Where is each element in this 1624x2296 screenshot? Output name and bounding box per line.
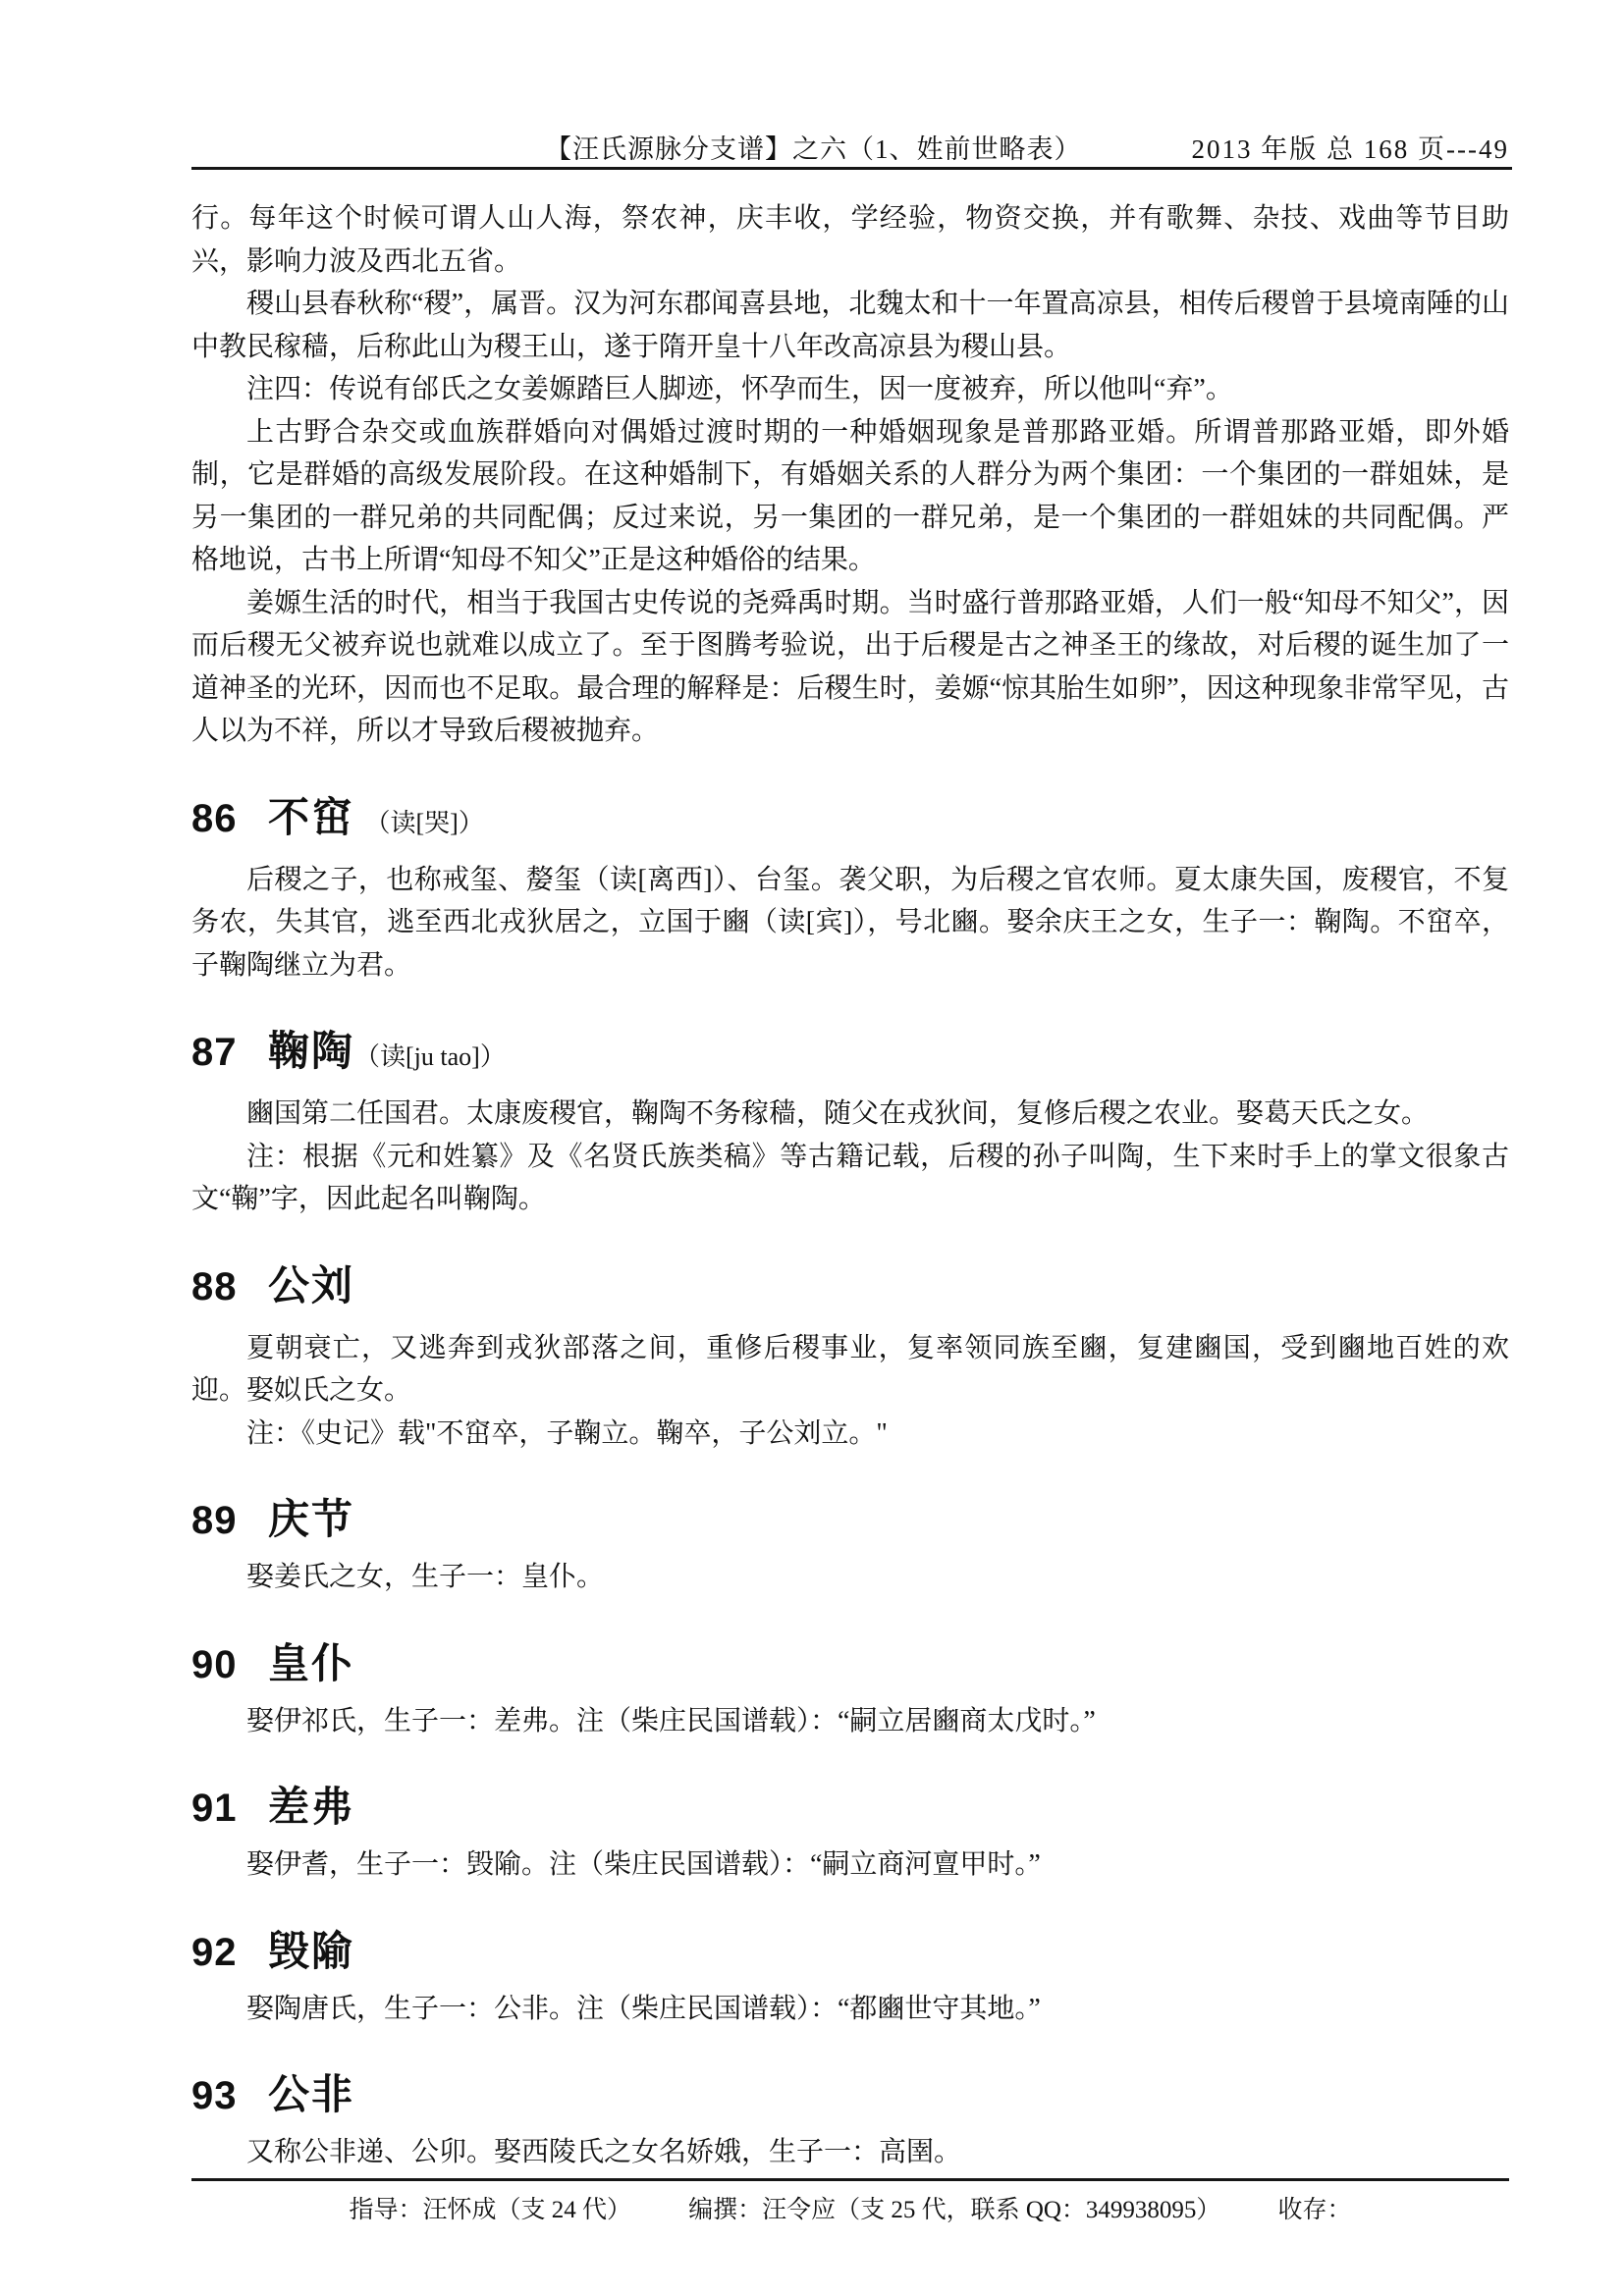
section-paragraph: 夏朝衰亡，又逃奔到戎狄部落之间，重修后稷事业，复率领同族至豳，复建豳国，受到豳地… (191, 1327, 1509, 1413)
header-rule (191, 167, 1512, 170)
section-title: 毁隃 (268, 1928, 354, 1974)
footer-director: 指导：汪怀成（支 24 代） (350, 2189, 632, 2232)
section-88: 88公刘 夏朝衰亡，又逃奔到戎狄部落之间，重修后稷事业，复率领同族至豳，复建豳国… (191, 1260, 1509, 1456)
intro-paragraph-continuation: 行。每年这个时候可谓人山人海，祭农神，庆丰收，学经验，物资交换，并有歌舞、杂技、… (191, 197, 1509, 283)
section-title: 皇仆 (268, 1640, 354, 1686)
intro-paragraph-note4: 注四：传说有邰氏之女姜嫄踏巨人脚迹，怀孕而生，因一度被弃，所以他叫“弃”。 (191, 368, 1509, 411)
section-title: 鞠陶 (268, 1028, 354, 1074)
section-paragraph: 娶陶唐氏，生子一：公非。注（柴庄民国谱载）：“都豳世守其地。” (191, 1988, 1509, 2031)
page-number: 2013 年版 总 168 页---49 (1192, 128, 1509, 166)
section-heading: 91差弗 (191, 1782, 1509, 1834)
section-heading: 89庆节 (191, 1494, 1509, 1546)
intro-paragraph: 姜嫄生活的时代，相当于我国古史传说的尧舜禹时期。当时盛行普那路亚婚，人们一般“知… (191, 582, 1509, 753)
section-paragraph: 后稷之子，也称戒玺、嫠玺（读[离西]）、台玺。袭父职，为后稷之官农师。夏太康失国… (191, 859, 1509, 988)
footer-editor: 编撰：汪令应（支 25 代，联系 QQ：349938095） (688, 2189, 1220, 2232)
section-heading: 92毁隃 (191, 1926, 1509, 1978)
section-89: 89庆节 娶姜氏之女，生子一：皇仆。 (191, 1494, 1509, 1599)
section-heading: 88公刘 (191, 1260, 1509, 1317)
section-number: 91 (191, 1783, 268, 1834)
footer-rule (191, 2178, 1509, 2181)
section-heading: 93公非 (191, 2069, 1509, 2121)
section-paragraph: 豳国第二任国君。太康废稷官，鞠陶不务稼穑，随父在戎狄间，复修后稷之农业。娶葛天氏… (191, 1093, 1509, 1136)
intro-paragraph: 上古野合杂交或血族群婚向对偶婚过渡时期的一种婚姻现象是普那路亚婚。所谓普那路亚婚… (191, 411, 1509, 582)
section-pronunciation: （读[哭]） (365, 809, 484, 837)
section-number: 93 (191, 2070, 268, 2121)
section-86: 86不窋 （读[哭]） 后稷之子，也称戒玺、嫠玺（读[离西]）、台玺。袭父职，为… (191, 792, 1509, 988)
section-heading: 87鞠陶（读[ju tao]） (191, 1026, 1509, 1083)
page-body: 行。每年这个时候可谓人山人海，祭农神，庆丰收，学经验，物资交换，并有歌舞、杂技、… (191, 197, 1509, 2231)
section-title: 差弗 (268, 1784, 354, 1830)
section-title: 庆节 (268, 1496, 354, 1542)
section-number: 92 (191, 1927, 268, 1978)
section-heading: 90皇仆 (191, 1638, 1509, 1690)
section-number: 89 (191, 1495, 268, 1546)
footer-keeper: 收存： (1277, 2189, 1351, 2232)
section-title: 不窋 (268, 794, 354, 840)
genealogy-page: 【汪氏源脉分支谱】之六（1、姓前世略表） 2013 年版 总 168 页---4… (0, 0, 1624, 2296)
intro-paragraph: 稷山县春秋称“稷”，属晋。汉为河东郡闻喜县地，北魏太和十一年置高凉县，相传后稷曾… (191, 283, 1509, 368)
section-number: 88 (191, 1261, 268, 1312)
section-91: 91差弗 娶伊耆，生子一：毁隃。注（柴庄民国谱载）：“嗣立商河亶甲时。” (191, 1782, 1509, 1887)
section-title: 公刘 (268, 1262, 354, 1308)
section-number: 86 (191, 793, 268, 844)
section-92: 92毁隃 娶陶唐氏，生子一：公非。注（柴庄民国谱载）：“都豳世守其地。” (191, 1926, 1509, 2031)
section-note: 注：根据《元和姓纂》及《名贤氏族类稿》等古籍记载，后稷的孙子叫陶，生下来时手上的… (191, 1136, 1509, 1221)
section-number: 90 (191, 1639, 268, 1690)
footer: 指导：汪怀成（支 24 代） 编撰：汪令应（支 25 代，联系 QQ：34993… (191, 2189, 1509, 2232)
section-paragraph: 娶姜氏之女，生子一：皇仆。 (191, 1556, 1509, 1599)
section-87: 87鞠陶（读[ju tao]） 豳国第二任国君。太康废稷官，鞠陶不务稼穑，随父在… (191, 1026, 1509, 1221)
section-note: 注：《史记》载"不窋卒，子鞠立。鞠卒，子公刘立。" (191, 1413, 1509, 1456)
section-pronunciation: （读[ju tao]） (354, 1042, 506, 1071)
section-heading: 86不窋 （读[哭]） (191, 792, 1509, 849)
page-title: 【汪氏源脉分支谱】之六（1、姓前世略表） (545, 128, 1082, 166)
section-93: 93公非 又称公非递、公卯。娶西陵氏之女名娇娥，生子一：高圉。 (191, 2069, 1509, 2174)
section-paragraph: 又称公非递、公卯。娶西陵氏之女名娇娥，生子一：高圉。 (191, 2131, 1509, 2174)
section-number: 87 (191, 1027, 268, 1078)
section-90: 90皇仆 娶伊祁氏，生子一：差弗。注（柴庄民国谱载）：“嗣立居豳商太戊时。” (191, 1638, 1509, 1743)
section-title: 公非 (268, 2071, 354, 2117)
section-paragraph: 娶伊祁氏，生子一：差弗。注（柴庄民国谱载）：“嗣立居豳商太戊时。” (191, 1700, 1509, 1743)
section-paragraph: 娶伊耆，生子一：毁隃。注（柴庄民国谱载）：“嗣立商河亶甲时。” (191, 1843, 1509, 1887)
